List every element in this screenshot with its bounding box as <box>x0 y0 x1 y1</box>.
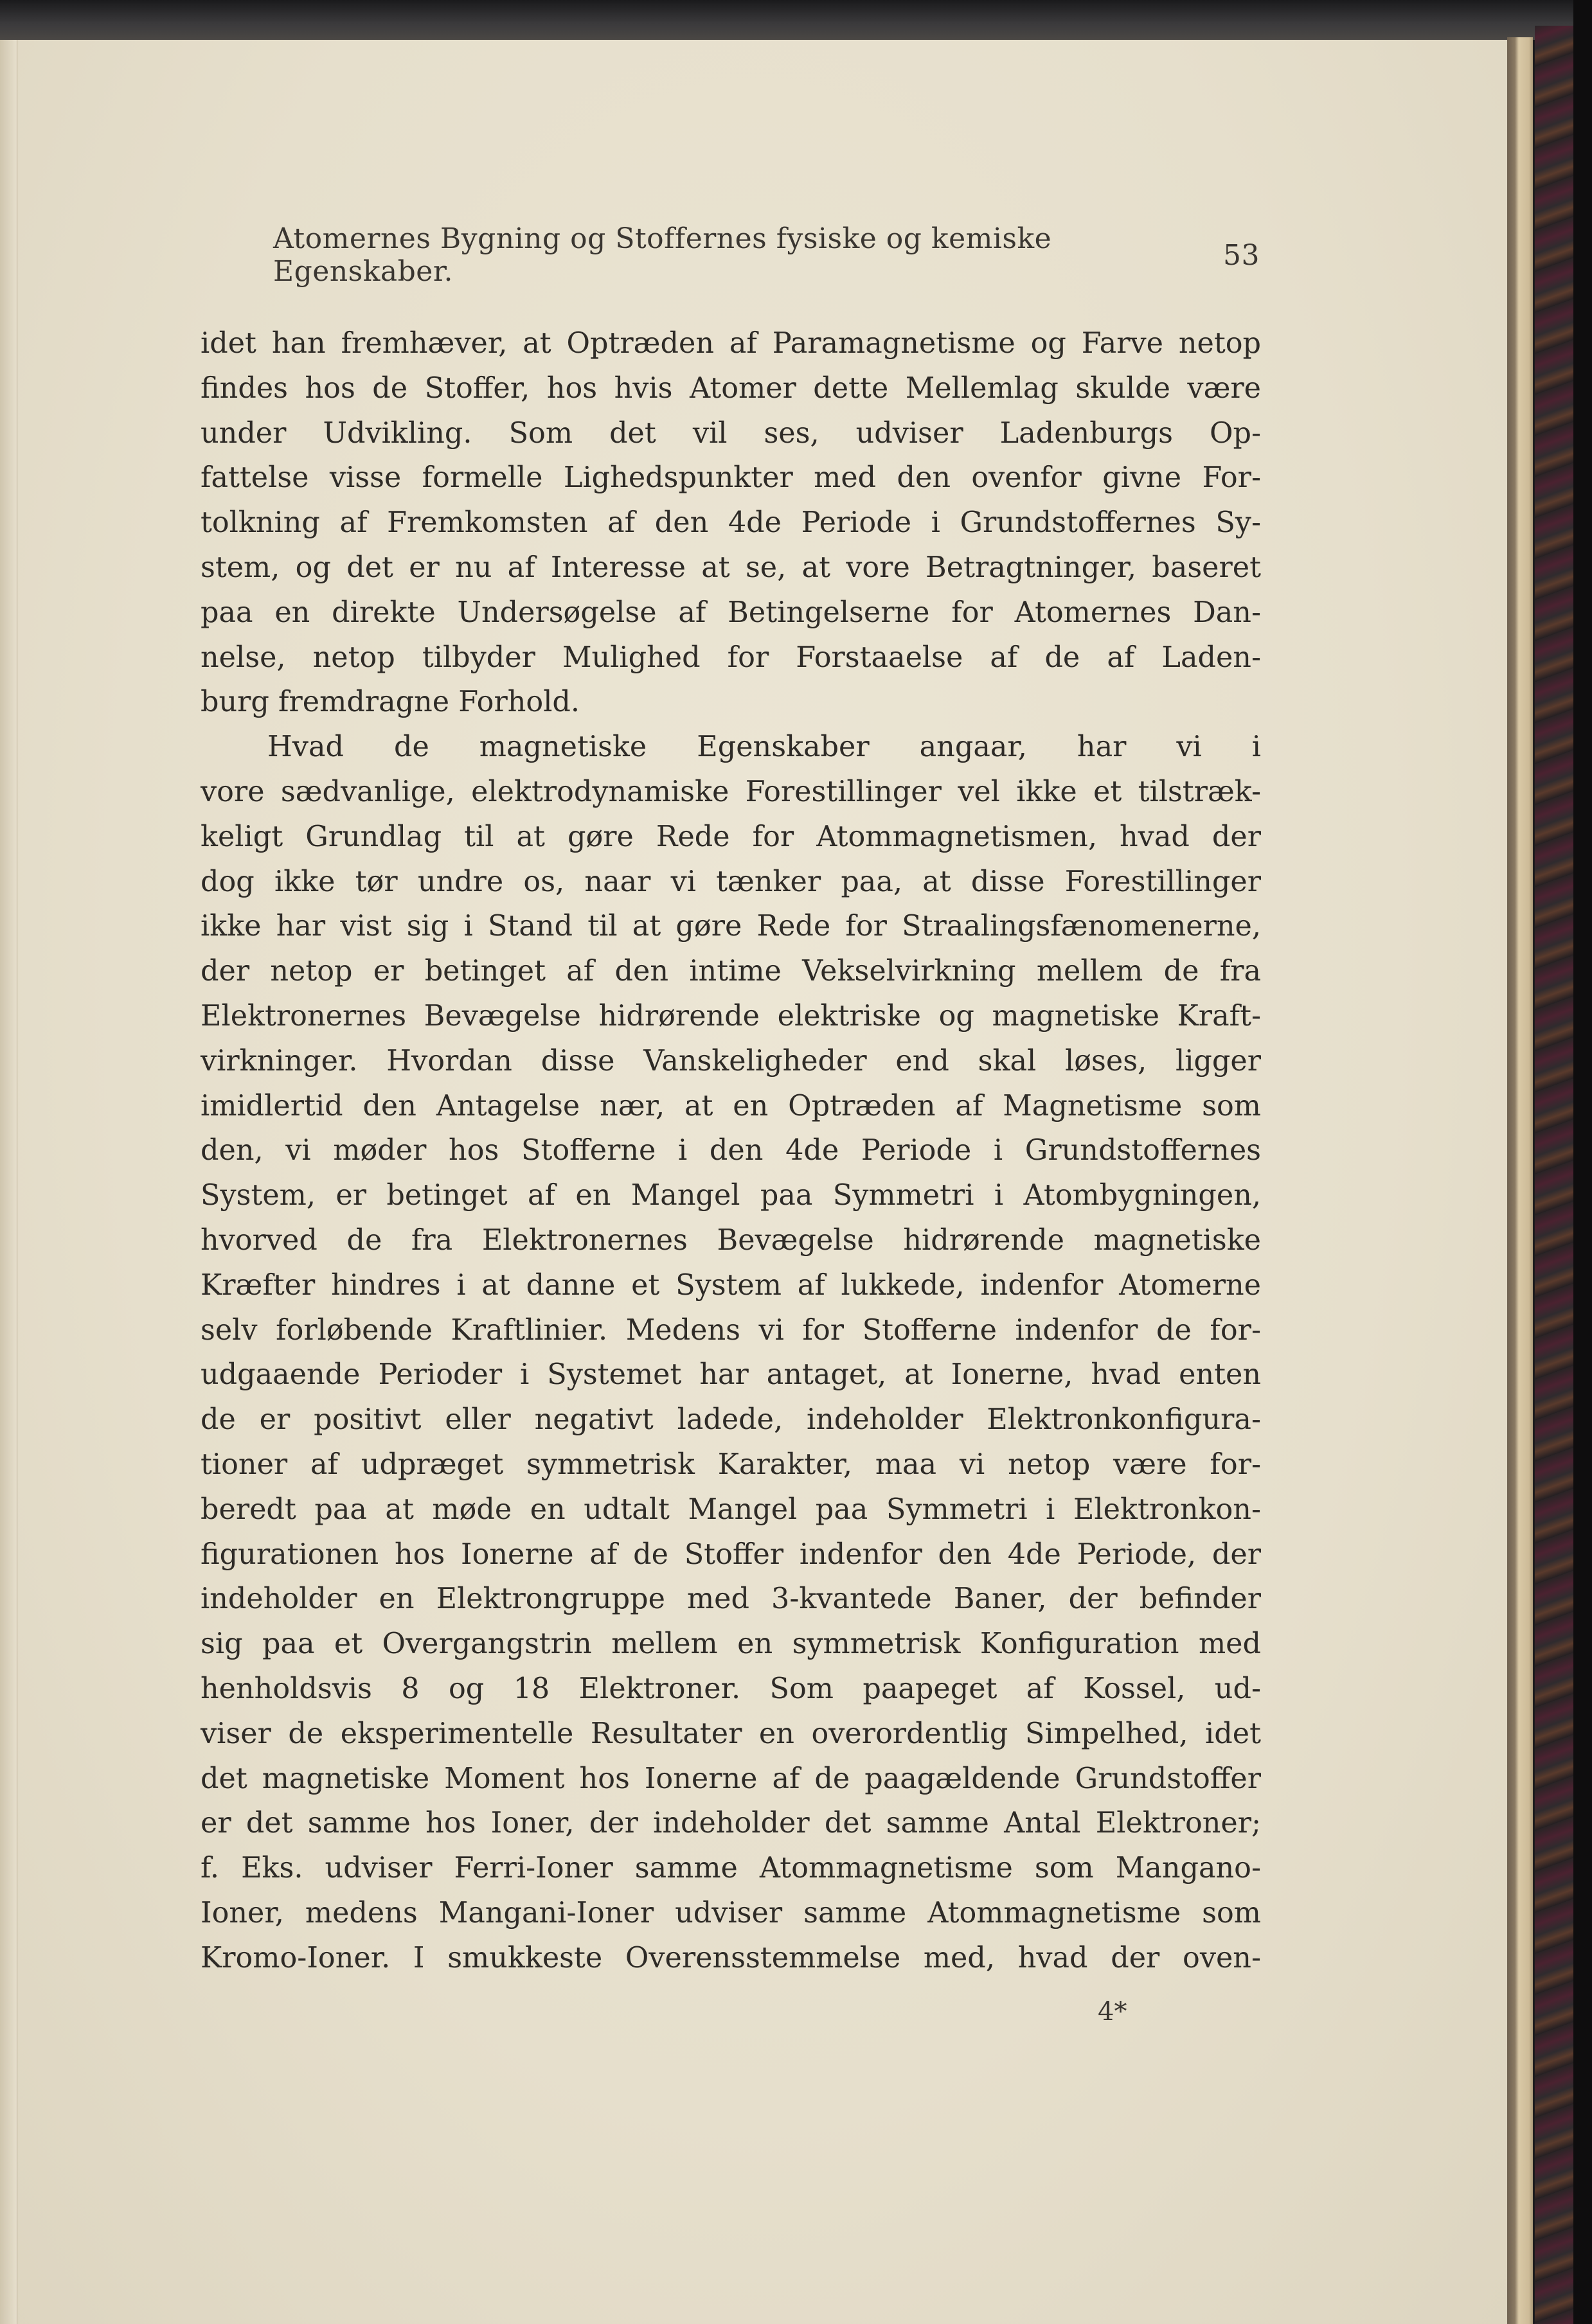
text-line: ikke har vist sig i Stand til at gøre Re… <box>201 904 1261 949</box>
text-line: keligt Grundlag til at gøre Rede for Ato… <box>201 815 1261 860</box>
body-text: idet han fremhæver, at Optræden af Param… <box>201 321 1261 1980</box>
text-line: Ioner, medens Mangani-Ioner udviser samm… <box>201 1891 1261 1936</box>
text-line: dog ikke tør undre os, naar vi tænker pa… <box>201 860 1261 905</box>
text-line: stem, og det er nu af Interesse at se, a… <box>201 546 1261 590</box>
running-head-title: Atomernes Bygning og Stoffernes fysiske … <box>273 222 1223 288</box>
text-line: henholdsvis 8 og 18 Elektroner. Som paap… <box>201 1667 1261 1712</box>
page-stack-edge <box>1507 37 1533 2324</box>
paragraph-end-line: burg fremdragne Forhold. <box>201 680 1261 725</box>
text-line: f. Eks. udviser Ferri-Ioner samme Atomma… <box>201 1846 1261 1891</box>
text-line: under Udvikling. Som det vil ses, udvise… <box>201 411 1261 456</box>
text-line: nelse, netop tilbyder Mulighed for Forst… <box>201 635 1261 680</box>
text-line: tolkning af Fremkomsten af den 4de Perio… <box>201 501 1261 546</box>
binding-gutter <box>0 40 17 2324</box>
text-line: fattelse visse formelle Lighedspunkter m… <box>201 456 1261 501</box>
text-line: figurationen hos Ionerne af de Stoffer i… <box>201 1532 1261 1577</box>
text-line: indeholder en Elektrongruppe med 3-kvant… <box>201 1577 1261 1622</box>
text-line: der netop er betinget af den intime Veks… <box>201 949 1261 994</box>
text-line: idet han fremhæver, at Optræden af Param… <box>201 321 1261 366</box>
text-line: tioner af udpræget symmetrisk Karakter, … <box>201 1442 1261 1487</box>
text-line: de er positivt eller negativt ladede, in… <box>201 1397 1261 1442</box>
signature-mark: 4* <box>1098 1997 1127 2027</box>
text-line: System, er betinget af en Mangel paa Sym… <box>201 1173 1261 1218</box>
text-line: den, vi møder hos Stofferne i den 4de Pe… <box>201 1128 1261 1173</box>
text-line: imidlertid den Antagelse nær, at en Optr… <box>201 1084 1261 1129</box>
text-line: virkninger. Hvordan disse Vanskeligheder… <box>201 1039 1261 1084</box>
text-line: er det samme hos Ioner, der indeholder d… <box>201 1801 1261 1846</box>
book-cover-top <box>0 0 1592 40</box>
text-line: udgaaende Perioder i Systemet har antage… <box>201 1353 1261 1397</box>
text-line: sig paa et Overgangstrin mellem en symme… <box>201 1622 1261 1667</box>
text-line: findes hos de Stoffer, hos hvis Atomer d… <box>201 366 1261 411</box>
text-line: det magnetiske Moment hos Ionerne af de … <box>201 1757 1261 1802</box>
text-line: hvorved de fra Elektronernes Bevægelse h… <box>201 1218 1261 1263</box>
text-line: beredt paa at møde en udtalt Mangel paa … <box>201 1487 1261 1532</box>
text-line: Kræfter hindres i at danne et System af … <box>201 1263 1261 1308</box>
text-line: selv forløbende Kraftlinier. Medens vi f… <box>201 1308 1261 1353</box>
text-line: Elektronernes Bevægelse hidrørende elekt… <box>201 994 1261 1039</box>
text-line: vore sædvanlige, elektrodynamiske Forest… <box>201 770 1261 815</box>
book-cover-edge <box>1573 0 1592 2324</box>
text-line: paa en direkte Undersøgelse af Betingels… <box>201 590 1261 635</box>
paragraph-start-line: Hvad de magnetiske Egenskaber angaar, ha… <box>201 725 1261 770</box>
running-head: Atomernes Bygning og Stoffernes fysiske … <box>273 233 1260 278</box>
text-line: viser de eksperimentelle Resultater en o… <box>201 1712 1261 1757</box>
page-number: 53 <box>1223 239 1260 272</box>
text-line: Kromo-Ioner. I smukkeste Overensstemmels… <box>201 1936 1261 1981</box>
marbled-page-edge <box>1535 26 1573 2324</box>
